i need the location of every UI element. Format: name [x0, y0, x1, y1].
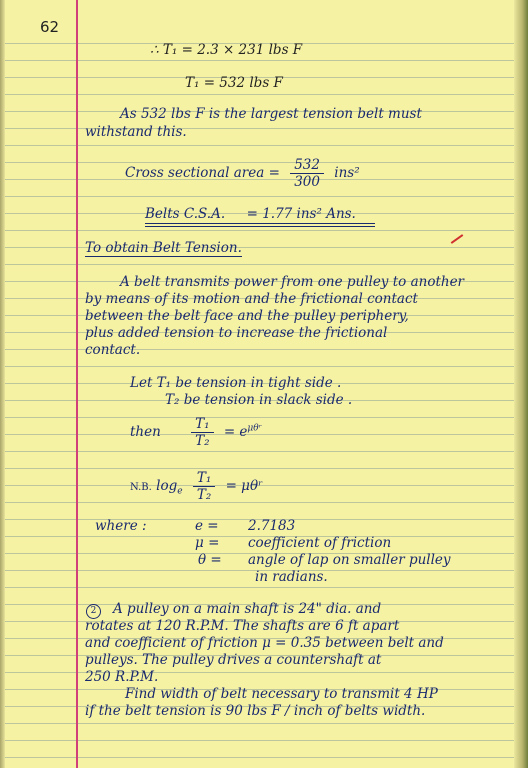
nb-log: log	[156, 478, 177, 494]
let-line-2: T₂ be tension in slack side .	[165, 392, 352, 408]
page-left-edge	[0, 0, 5, 768]
para-line: between the belt face and the pulley per…	[85, 308, 409, 324]
def-desc: 2.7183	[248, 518, 295, 534]
para-line: A belt transmits power from one pulley t…	[120, 274, 464, 290]
nb-log-base: e	[177, 487, 182, 497]
nb-ratio: T₁ T₂	[193, 470, 215, 503]
def-symbol: μ =	[195, 535, 219, 551]
cross-section-equation: Cross sectional area = 532 300 ins²	[125, 157, 360, 190]
then-rhs: = e	[224, 424, 248, 440]
nb-denominator: T₂	[193, 487, 215, 503]
tension-ratio: T₁ T₂	[191, 416, 213, 449]
let-line-1: Let T₁ be tension in tight side .	[130, 375, 341, 391]
def-symbol: θ =	[198, 552, 222, 568]
where-label: where :	[95, 518, 147, 534]
problem-line: and coefficient of friction μ = 0.35 bet…	[85, 635, 444, 651]
problem-number-circle: 2	[86, 604, 101, 619]
ratio-denominator: T₂	[191, 433, 213, 449]
csa-numerator: 532	[290, 157, 324, 174]
margin-line	[76, 0, 78, 768]
csa-fraction: 532 300	[290, 157, 324, 190]
notebook-page: 62 ∴ T₁ = 2.3 × 231 lbs F T₁ = 532 lbs F…	[0, 0, 528, 768]
para-line: contact.	[85, 342, 140, 358]
para1-line-2: withstand this.	[85, 124, 187, 140]
calc-line-2: T₁ = 532 lbs F	[185, 75, 283, 91]
ratio-numerator: T₁	[191, 416, 213, 433]
csa-denominator: 300	[290, 174, 324, 190]
page-top-band	[0, 0, 528, 27]
nb-equation: N.B. loge T₁ T₂ = μθʳ	[130, 470, 263, 503]
calc-line-1: ∴ T₁ = 2.3 × 231 lbs F	[150, 42, 302, 58]
nb-numerator: T₁	[193, 470, 215, 487]
section-heading: To obtain Belt Tension.	[85, 240, 242, 257]
problem-line: if the belt tension is 90 lbs F / inch o…	[85, 703, 425, 719]
problem-line: Find width of belt necessary to transmit…	[125, 686, 438, 702]
then-equation: then T₁ T₂ = eμθʳ	[130, 416, 262, 449]
csa-label: Cross sectional area =	[125, 165, 280, 181]
problem-text: A pulley on a main shaft is 24" dia. and	[113, 601, 381, 617]
page-number: 62	[40, 18, 59, 36]
problem-line: pulleys. The pulley drives a countershaf…	[85, 652, 381, 668]
nb-label: N.B.	[130, 482, 152, 493]
result-line: Belts C.S.A. = 1.77 ins² Ans.	[145, 206, 375, 227]
def-desc: in radians.	[255, 569, 328, 585]
page-right-edge	[514, 0, 528, 768]
problem-line: rotates at 120 R.P.M. The shafts are 6 f…	[85, 618, 399, 634]
problem-line: 250 R.P.M.	[85, 669, 158, 685]
csa-unit: ins²	[334, 165, 359, 181]
def-symbol: e =	[195, 518, 219, 534]
result-label: Belts C.S.A.	[145, 206, 225, 222]
para1-line-1: As 532 lbs F is the largest tension belt…	[120, 106, 422, 122]
check-mark-icon	[451, 234, 464, 244]
then-label: then	[130, 424, 161, 440]
def-desc: angle of lap on smaller pulley	[248, 552, 451, 568]
def-desc: coefficient of friction	[248, 535, 391, 551]
problem-line: 2A pulley on a main shaft is 24" dia. an…	[86, 601, 381, 619]
para-line: by means of its motion and the frictiona…	[85, 291, 418, 307]
nb-rhs: = μθʳ	[226, 478, 263, 494]
then-exponent: μθʳ	[247, 424, 261, 434]
result-value: = 1.77 ins² Ans.	[247, 206, 356, 222]
para-line: plus added tension to increase the frict…	[85, 325, 387, 341]
